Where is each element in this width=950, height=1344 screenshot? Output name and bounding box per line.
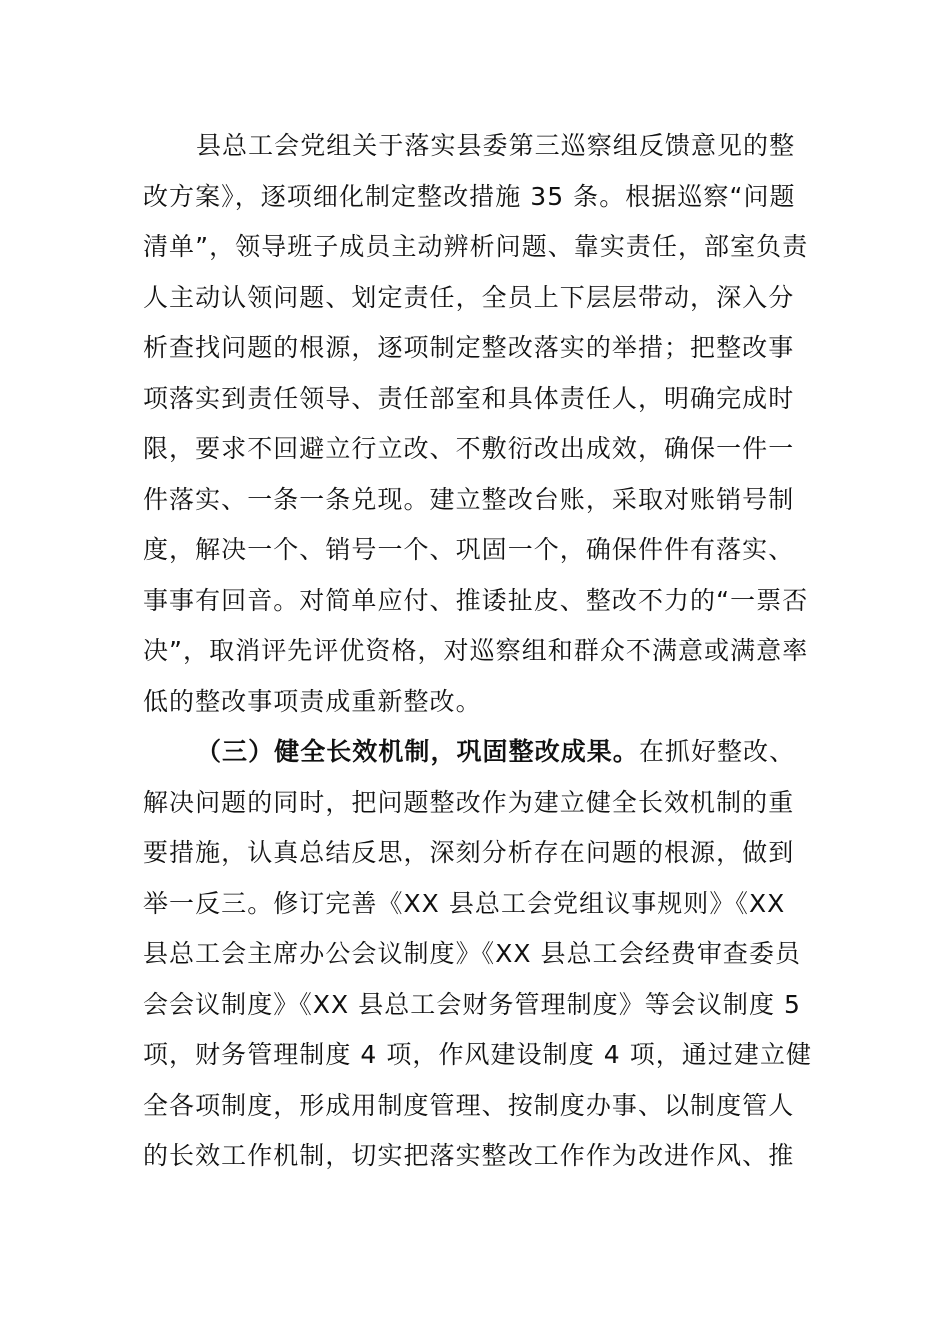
text-line: 会会议制度》《XX 县总工会财务管理制度》等会议制度 5 (143, 980, 807, 1031)
text-line: 项，财务管理制度 4 项，作风建设制度 4 项，通过建立健 (143, 1030, 807, 1081)
section-heading: （三）健全长效机制，巩固整改成果。 (196, 737, 639, 766)
text-line: 人主动认领问题、划定责任，全员上下层层带动，深入分 (143, 273, 807, 324)
text-line: 的长效工作机制，切实把落实整改工作作为改进作风、推 (143, 1131, 807, 1182)
paragraph-1: 县总工会党组关于落实县委第三巡察组反馈意见的整 改方案》，逐项细化制定整改措施 … (143, 121, 807, 727)
paragraph-2: （三）健全长效机制，巩固整改成果。在抓好整改、 解决问题的同时，把问题整改作为建… (143, 727, 807, 1182)
text-line: 析查找问题的根源，逐项制定整改落实的举措；把整改事 (143, 323, 807, 374)
text-line: 县总工会党组关于落实县委第三巡察组反馈意见的整 (143, 121, 807, 172)
text-line: 决”，取消评先评优资格，对巡察组和群众不满意或满意率 (143, 626, 807, 677)
text-line: 要措施，认真总结反思，深刻分析存在问题的根源，做到 (143, 828, 807, 879)
text-line: 全各项制度，形成用制度管理、按制度办事、以制度管人 (143, 1081, 807, 1132)
text-line: 县总工会主席办公会议制度》《XX 县总工会经费审查委员 (143, 929, 807, 980)
text-line: 清单”，领导班子成员主动辨析问题、靠实责任，部室负责 (143, 222, 807, 273)
text-line: 解决问题的同时，把问题整改作为建立健全长效机制的重 (143, 778, 807, 829)
text-line: 项落实到责任领导、责任部室和具体责任人，明确完成时 (143, 374, 807, 425)
text-line: 限，要求不回避立行立改、不敷衍改出成效，确保一件一 (143, 424, 807, 475)
text-line: 低的整改事项责成重新整改。 (143, 677, 807, 728)
text-line: 件落实、一条一条兑现。建立整改台账，采取对账销号制 (143, 475, 807, 526)
text-line: 举一反三。修订完善《XX 县总工会党组议事规则》《XX (143, 879, 807, 930)
document-body: 县总工会党组关于落实县委第三巡察组反馈意见的整 改方案》，逐项细化制定整改措施 … (143, 121, 807, 1182)
document-page: 县总工会党组关于落实县委第三巡察组反馈意见的整 改方案》，逐项细化制定整改措施 … (0, 0, 950, 1344)
text-line: 改方案》，逐项细化制定整改措施 35 条。根据巡察“问题 (143, 172, 807, 223)
text-line: 事事有回音。对简单应付、推诿扯皮、整改不力的“一票否 (143, 576, 807, 627)
section-heading-line: （三）健全长效机制，巩固整改成果。在抓好整改、 (143, 727, 807, 778)
heading-line-text: 在抓好整改、 (639, 737, 795, 766)
text-line: 度，解决一个、销号一个、巩固一个，确保件件有落实、 (143, 525, 807, 576)
